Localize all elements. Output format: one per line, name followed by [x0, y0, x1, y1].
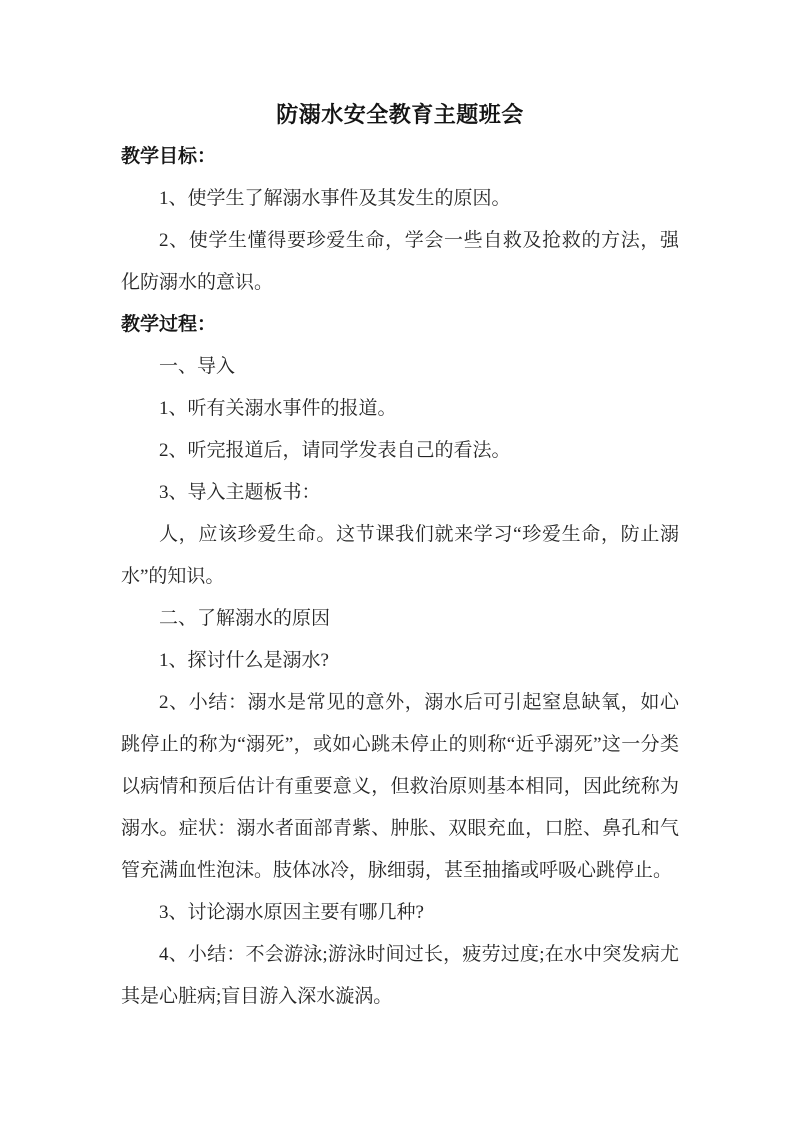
paragraph: 2、小结：溺水是常见的意外，溺水后可引起窒息缺氧，如心跳停止的称为“溺死”，或如…: [121, 682, 679, 892]
paragraph: 二、了解溺水的原因: [121, 598, 679, 640]
paragraph: 一、导入: [121, 346, 679, 388]
paragraph: 4、小结：不会游泳;游泳时间过长，疲劳过度;在水中突发病尤其是心脏病;盲目游入深…: [121, 934, 679, 1018]
paragraph: 3、讨论溺水原因主要有哪几种?: [121, 892, 679, 934]
paragraph: 2、使学生懂得要珍爱生命，学会一些自救及抢救的方法，强化防溺水的意识。: [121, 220, 679, 304]
paragraph: 1、使学生了解溺水事件及其发生的原因。: [121, 178, 679, 220]
paragraph-teaching-objectives-heading: 教学目标：: [121, 136, 679, 178]
document-title: 防溺水安全教育主题班会: [121, 94, 679, 136]
paragraph: 1、探讨什么是溺水?: [121, 640, 679, 682]
document-page: 防溺水安全教育主题班会 教学目标： 1、使学生了解溺水事件及其发生的原因。 2、…: [0, 0, 793, 1122]
document-body: 防溺水安全教育主题班会 教学目标： 1、使学生了解溺水事件及其发生的原因。 2、…: [0, 0, 793, 1018]
paragraph: 3、导入主题板书：: [121, 472, 679, 514]
paragraph: 人，应该珍爱生命。这节课我们就来学习“珍爱生命，防止溺水”的知识。: [121, 514, 679, 598]
paragraph: 2、听完报道后，请同学发表自己的看法。: [121, 430, 679, 472]
paragraph-teaching-process-heading: 教学过程：: [121, 304, 679, 346]
paragraph: 1、听有关溺水事件的报道。: [121, 388, 679, 430]
